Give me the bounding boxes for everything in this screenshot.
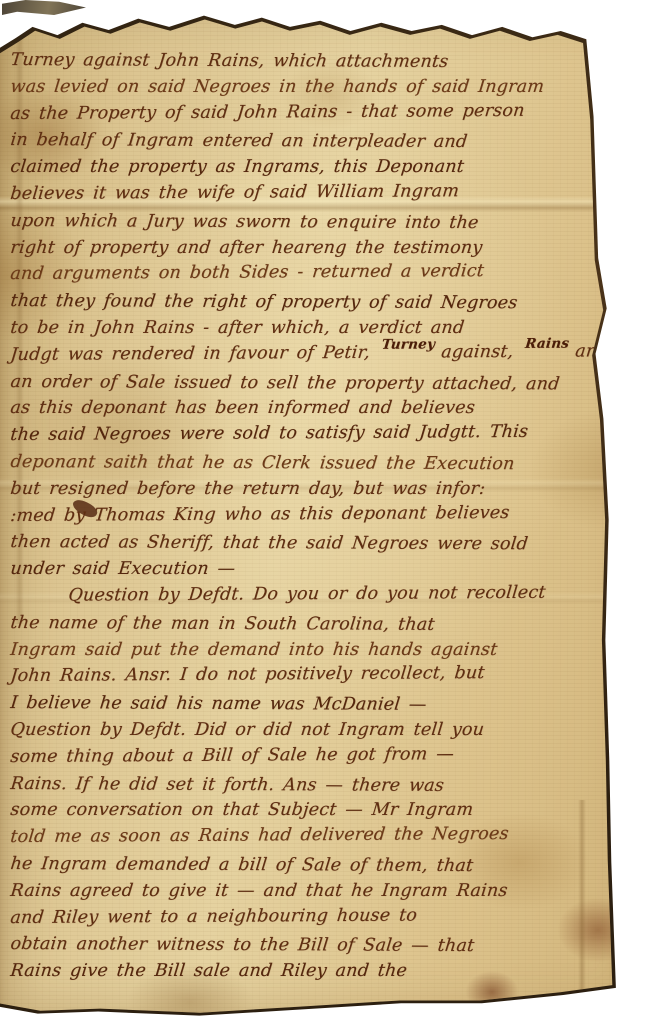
manuscript-line: the name of the man in South Carolina, t… [9,610,650,640]
manuscript-line: I believe he said his name was McDaniel … [9,690,650,720]
manuscript-line: believes it was the wife of said William… [9,177,650,208]
manuscript-line: :med by Thomas King who as this deponant… [9,499,650,530]
manuscript-line: then acted as Sheriff, that the said Neg… [9,529,650,559]
manuscript-line: Turney against John Rains, which attachm… [9,47,650,77]
manuscript-line: John Rains. Ansr. I do not positively re… [9,659,650,690]
manuscript-line: and Riley went to a neighbouring house t… [9,901,650,932]
manuscript-line: Rains agreed to give it — and that he In… [9,878,650,905]
manuscript-line: some thing about a Bill of Sale he got f… [9,740,650,771]
manuscript-line: deponant saith that he as Clerk issued t… [9,449,650,479]
manuscript-line: but resigned before the return day, but … [9,476,650,503]
paper-fragment [2,0,86,15]
line-text: Judgt was rendered in favour of Petir, [9,343,371,365]
manuscript-line: that they found the right of property of… [9,288,650,318]
manuscript-line: upon which a Jury was sworn to enquire i… [9,208,650,238]
manuscript-line: in behalf of Ingram entered an interplea… [9,127,650,157]
manuscript-line: Rains give the Bill sale and Riley and t… [9,958,650,985]
line-text: against, [440,342,514,362]
interlinear-insertion: Rains [524,330,571,357]
manuscript-line: Rains. If he did set it forth. Ans — the… [9,771,650,801]
scanned-document-page: Turney against John Rains, which attachm… [0,0,650,1024]
line-text: and [574,341,610,361]
manuscript-line: he Ingram demanded a bill of Sale of the… [9,851,650,881]
manuscript-line: an order of Sale issued to sell the prop… [9,369,650,399]
manuscript-line: as the Property of said John Rains - tha… [9,97,650,128]
manuscript-text: Turney against John Rains, which attachm… [9,47,649,985]
manuscript-line: told me as soon as Rains had delivered t… [9,820,650,851]
manuscript-line-question: Question by Defdt. Do you or do you not … [9,579,650,610]
manuscript-line: obtain another witness to the Bill of Sa… [9,931,650,961]
manuscript-line: and arguments on both Sides - returned a… [9,257,650,288]
manuscript-line-with-insertions: Judgt was rendered in favour of Petir,Tu… [9,338,650,369]
paper-sheet: Turney against John Rains, which attachm… [0,0,650,1024]
manuscript-line: the said Negroes were sold to satisfy sa… [9,418,650,449]
manuscript-line: was levied on said Negroes in the hands … [9,74,650,101]
interlinear-insertion: Turney [380,331,436,358]
